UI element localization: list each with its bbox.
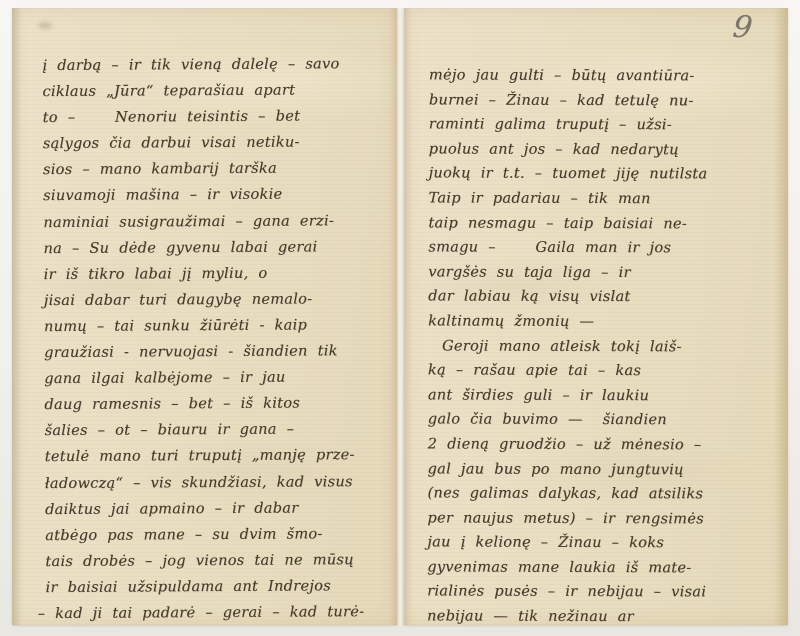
handwriting-line: nebijau — tik nežinau ar [427,604,785,625]
handwriting-line: daug ramesnis – bet – iš kitos [44,390,395,418]
handwriting-line: taip nesmagu – taip baisiai ne- [428,211,786,237]
page-number: 9 [731,10,754,46]
page-fold-gap [397,8,404,625]
handwriting-line: puolus ant jos – kad nedarytų [429,137,787,163]
handwriting-line: graužiasi - nervuojasi - šiandien tik [44,338,395,366]
handwriting-line: na – Su dėde gyvenu labai gerai [43,234,394,262]
handwriting-line: to – Nenoriu teisintis – bet [43,103,394,131]
handwriting-line: ciklaus „Jūra“ teparašiau apart [42,77,393,105]
handwriting-line: ką – rašau apie tai – kas [428,359,786,385]
handwriting-line: – kad ji tai padarė – gerai – kad turė- [38,599,397,625]
handwriting-line: atbėgo pas mane – su dvim šmo- [45,521,396,549]
handwriting-line: rialinės pusės – ir nebijau – visai [427,580,785,606]
handwriting-line: jau į kelionę – Žinau – koks [427,531,785,557]
handwriting-line: vargšės su taja liga – ir [428,260,786,286]
handwriting-line: numų – tai sunku žiūrėti - kaip [44,312,395,340]
handwriting-line: tais drobės – jog vienos tai ne mūsų [45,547,396,575]
handwriting-line: gal jau bus po mano jungtuvių [428,457,786,483]
left-page-lines: į darbą – ir tik vieną dalelę – savocikl… [42,51,397,625]
handwriting-line: ant širdies guli – ir laukiu [428,383,786,409]
handwriting-line: sąlygos čia darbui visai netiku- [43,129,394,157]
handwriting-line: galo čia buvimo — šiandien [428,408,786,434]
handwriting-line: Taip ir padariau – tik man [428,186,786,212]
handwriting-line: jisai dabar turi daugybę nemalo- [44,286,395,314]
handwriting-line: ir iš tikro labai jį myliu, o [44,260,395,288]
handwriting-line: Geroji mano atleisk tokį laiš- [428,334,786,360]
handwriting-line: dar labiau ką visų vislat [428,285,786,311]
handwriting-line: kaltinamų žmonių — [428,309,786,335]
handwriting-line: siuvamoji mašina – ir visokie [43,181,394,209]
handwriting-line: smagu – Gaila man ir jos [428,236,786,262]
left-page: į darbą – ir tik vieną dalelę – savocikl… [12,8,397,625]
handwriting-line: tetulė mano turi truputį „manję prze- [45,442,396,470]
handwriting-line: raminti galima truputį – užsi- [429,113,787,139]
handwriting-line: per naujus metus) – ir rengsimės [427,506,785,532]
right-page-lines: mėjo jau gulti – būtų avantiūra-burnei –… [427,63,787,625]
handwriting-line: gana ilgai kalbėjome – ir jau [44,364,395,392]
handwriting-line: (nes galimas dalykas, kad atsiliks [427,481,785,507]
letter-scan: į darbą – ir tik vieną dalelę – savocikl… [0,0,800,636]
pencil-smudge [38,22,52,29]
handwriting-line: ładowczą“ – vis skundžiasi, kad visus [45,468,396,496]
handwriting-line: sios – mano kambarij tarška [43,155,394,183]
handwriting-line: juokų ir t.t. – tuomet jiję nutilsta [429,162,787,188]
handwriting-line: naminiai susigraužimai – gana erzi- [43,207,394,235]
handwriting-line: mėjo jau gulti – būtų avantiūra- [429,63,787,89]
handwriting-line: šalies – ot – biauru ir gana – [44,416,395,444]
handwriting-line: gyvenimas mane laukia iš mate- [427,555,785,581]
handwriting-line: ir baisiai užsipuldama ant Indrejos [45,573,396,601]
right-page: 9 mėjo jau gulti – būtų avantiūra-burnei… [404,8,788,625]
handwriting-line: daiktus jai apmaino – ir dabar [45,495,396,523]
handwriting-line: į darbą – ir tik vieną dalelę – savo [42,51,393,79]
handwriting-line: 2 dieną gruodžio – už mėnesio – [428,432,786,458]
handwriting-line: burnei – Žinau – kad tetulę nu- [429,88,787,114]
